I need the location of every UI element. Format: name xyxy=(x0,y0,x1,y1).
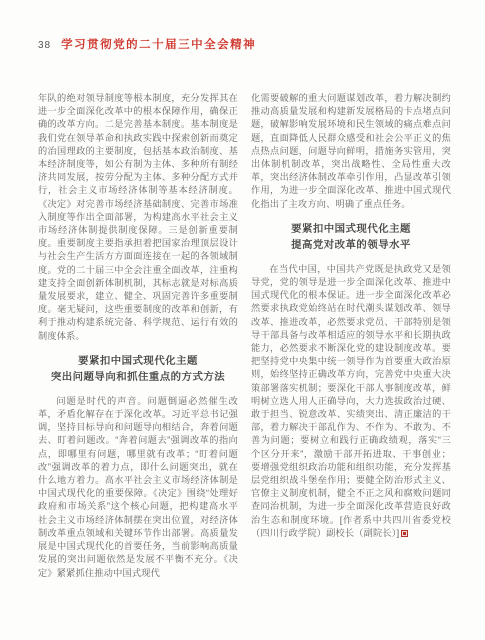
section-heading-line: 突出问题导向和抓住重点的方式方法 xyxy=(51,372,225,383)
column-right: 化需要破解的重大问题谋划改革，着力解决制约推动高质量发展和构建新发展格局的卡点堵… xyxy=(251,92,451,580)
paragraph-text: 在当代中国，中国共产党既是执政党又是领导党，党的领导是进一步全面深化改革、推进中… xyxy=(251,264,451,525)
page-number: 38 xyxy=(38,40,51,51)
section-heading-left: 要紧扣中国式现代化主题 突出问题导向和抓住重点的方式方法 xyxy=(38,354,238,387)
section-heading-line: 提高党对改革的领导水平 xyxy=(291,240,411,251)
header-section-title: 学习贯彻党的二十届三中全会精神 xyxy=(61,36,256,52)
paragraph-continuation: 年队的绝对领导制度等根本制度，充分发挥其在进一步全面深化改革中的根本保障作用，确… xyxy=(38,92,238,343)
section-heading-right: 要紧扣中国式现代化主题 提高党对改革的领导水平 xyxy=(251,222,451,255)
journal-page: 38 学习贯彻党的二十届三中全会精神 年队的绝对领导制度等根本制度，充分发挥其在… xyxy=(0,0,485,640)
column-left: 年队的绝对领导制度等根本制度，充分发挥其在进一步全面深化改革中的根本保障作用，确… xyxy=(38,92,238,580)
article-end-mark-icon xyxy=(401,530,408,537)
paragraph-continuation: 化需要破解的重大问题谋划改革，着力解决制约推动高质量发展和构建新发展格局的卡点堵… xyxy=(251,92,451,211)
section-heading-line: 要紧扣中国式现代化主题 xyxy=(291,224,411,235)
paragraph: 在当代中国，中国共产党既是执政党又是领导党，党的领导是进一步全面深化改革、推进中… xyxy=(251,263,451,540)
paragraph: 问题是时代的声音。问题倒逼必然催生改革，矛盾化解存在于深化改革。习近平总书记强调… xyxy=(38,395,238,580)
page-header: 38 学习贯彻党的二十届三中全会精神 xyxy=(38,36,256,52)
text-columns: 年队的绝对领导制度等根本制度，充分发挥其在进一步全面深化改革中的根本保障作用，确… xyxy=(38,92,451,580)
section-heading-line: 要紧扣中国式现代化主题 xyxy=(78,356,198,367)
